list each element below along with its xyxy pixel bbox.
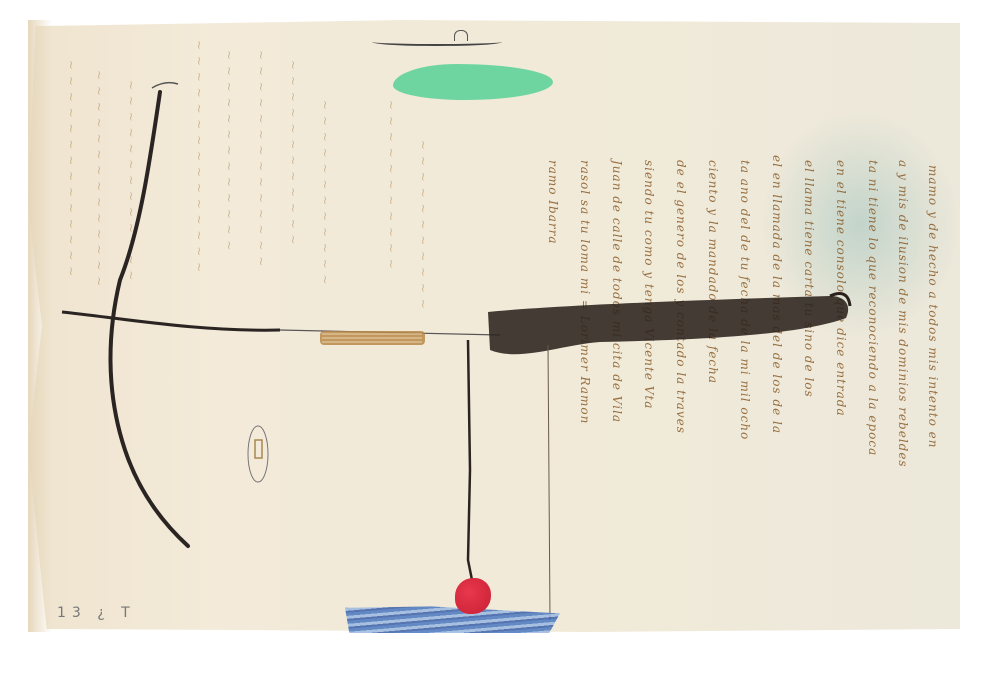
red-heart-blob xyxy=(455,578,491,614)
corner-inscription: 13 ¿ T xyxy=(57,605,136,621)
bow-and-arrow-drawing xyxy=(0,0,1000,678)
